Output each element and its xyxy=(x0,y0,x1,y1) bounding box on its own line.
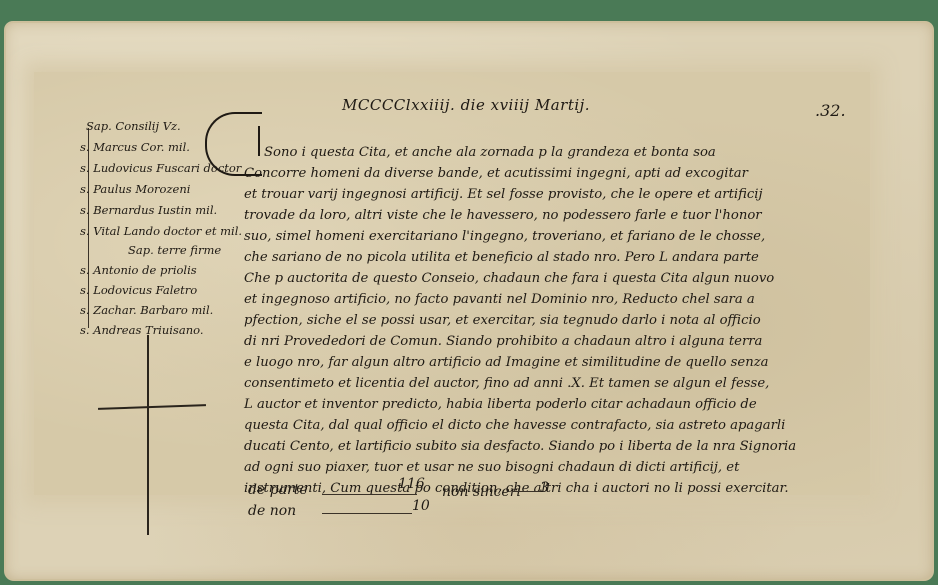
text-line: Che p auctorita de questo Conseio, chada… xyxy=(244,268,864,289)
vote-label-no: de non xyxy=(248,503,296,519)
text-line: che sariano de no picola utilita et bene… xyxy=(244,247,864,268)
text-line: Concorre homeni da diverse bande, et acu… xyxy=(244,163,864,184)
margin-heading: Sap. terre firme xyxy=(80,240,221,260)
margin-name: s. Andreas Triuisano. xyxy=(80,320,221,340)
margin-note-mainland-sages: Sap. terre firme s. Antonio de priolis s… xyxy=(80,240,221,340)
text-line: et ingegnoso artificio, no facto pavanti… xyxy=(244,289,864,310)
statute-body-text: Sono i questa Cita, et anche ala zornada… xyxy=(244,142,864,499)
margin-name: s. Bernardus Iustin mil. xyxy=(80,200,242,221)
vote-count-abstain: 3 xyxy=(540,480,549,496)
vote-count-no: 10 xyxy=(412,498,430,514)
text-line: trovade da loro, altri viste che le have… xyxy=(244,205,864,226)
text-line: suo, simel homeni exercitariano l'ingegn… xyxy=(244,226,864,247)
vote-dash-line xyxy=(322,513,412,514)
vote-dash-line xyxy=(322,494,417,495)
text-line: questa Cita, dal qual officio el dicto c… xyxy=(244,415,864,436)
folio-number: .32. xyxy=(815,101,846,120)
text-line: instrumenti, Cum questa po condition, ch… xyxy=(244,478,864,499)
margin-name: s. Zachar. Barbaro mil. xyxy=(80,300,221,320)
vote-label-abstain: non sinceri xyxy=(442,484,521,500)
text-line: Sono i questa Cita, et anche ala zornada… xyxy=(244,142,864,163)
text-line: L auctor et inventor predicto, habia lib… xyxy=(244,394,864,415)
text-line: consentimeto et licentia del auctor, fin… xyxy=(244,373,864,394)
page-header-date: MCCCClxxiiij. die xviiij Martij. xyxy=(342,96,590,114)
margin-cross-mark-vertical xyxy=(147,335,149,535)
vote-label-yes: de parte xyxy=(248,482,308,498)
text-line: ducati Cento, et lartificio subito sia d… xyxy=(244,436,864,457)
margin-name: s. Antonio de priolis xyxy=(80,260,221,280)
text-line: pfection, siche el se possi usar, et exe… xyxy=(244,310,864,331)
text-line: et trouar varij ingegnosi artificij. Et … xyxy=(244,184,864,205)
margin-name: s. Paulus Morozeni xyxy=(80,179,242,200)
text-line: e luogo nro, far algun altro artificio a… xyxy=(244,352,864,373)
margin-name: s. Vital Lando doctor et mil. xyxy=(80,221,242,242)
margin-name: s. Lodovicus Faletro xyxy=(80,280,221,300)
vote-count-yes: 116 xyxy=(398,476,425,492)
vote-dash-line xyxy=(512,491,542,492)
text-line: di nri Provededori de Comun. Siando proh… xyxy=(244,331,864,352)
text-line: ad ogni suo piaxer, tuor et usar ne suo … xyxy=(244,457,864,478)
